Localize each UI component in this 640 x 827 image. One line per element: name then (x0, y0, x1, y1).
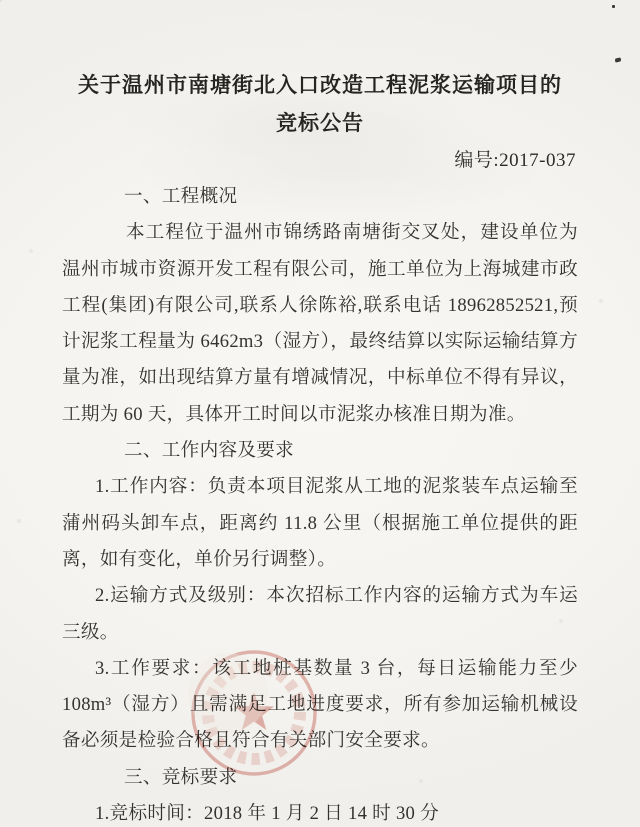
scan-noise (0, 0, 2, 2)
paragraph-bid-time: 1.竞标时间：2018 年 1 月 2 日 14 时 30 分 (62, 796, 578, 827)
paragraph-work-requirements: 3.工作要求：该工地桩基数量 3 台，每日运输能力至少108m³（湿方）且需满足… (62, 651, 578, 760)
scanned-document-page: 关于温州市南塘街北入口改造工程泥浆运输项目的 竞标公告 编号:2017-037 … (0, 0, 640, 827)
paragraph-transport-mode: 2.运输方式及级别：本次招标工作内容的运输方式为车运三级。 (62, 578, 578, 651)
section-heading-work-content: 二、工作内容及要求 (62, 433, 578, 469)
paragraph-work-content: 1.工作内容：负责本项目泥浆从工地的泥浆装车点运输至蒲州码头卸车点，距离约 11… (62, 469, 578, 578)
scan-speck (612, 5, 615, 8)
section-heading-bid-requirements: 三、竞标要求 (62, 760, 578, 796)
paragraph-project-overview: 本工程位于温州市锦绣路南塘街交叉处，建设单位为温州市城市资源开发工程有限公司，施… (62, 215, 578, 433)
section-heading-project-overview: 一、工程概况 (62, 179, 578, 215)
document-title-line1: 关于温州市南塘街北入口改造工程泥浆运输项目的 (62, 66, 578, 104)
scan-speck (615, 57, 622, 62)
document-title-line2: 竞标公告 (62, 104, 578, 142)
document-number: 编号:2017-037 (62, 142, 578, 179)
document-content: 关于温州市南塘街北入口改造工程泥浆运输项目的 竞标公告 编号:2017-037 … (62, 66, 578, 827)
